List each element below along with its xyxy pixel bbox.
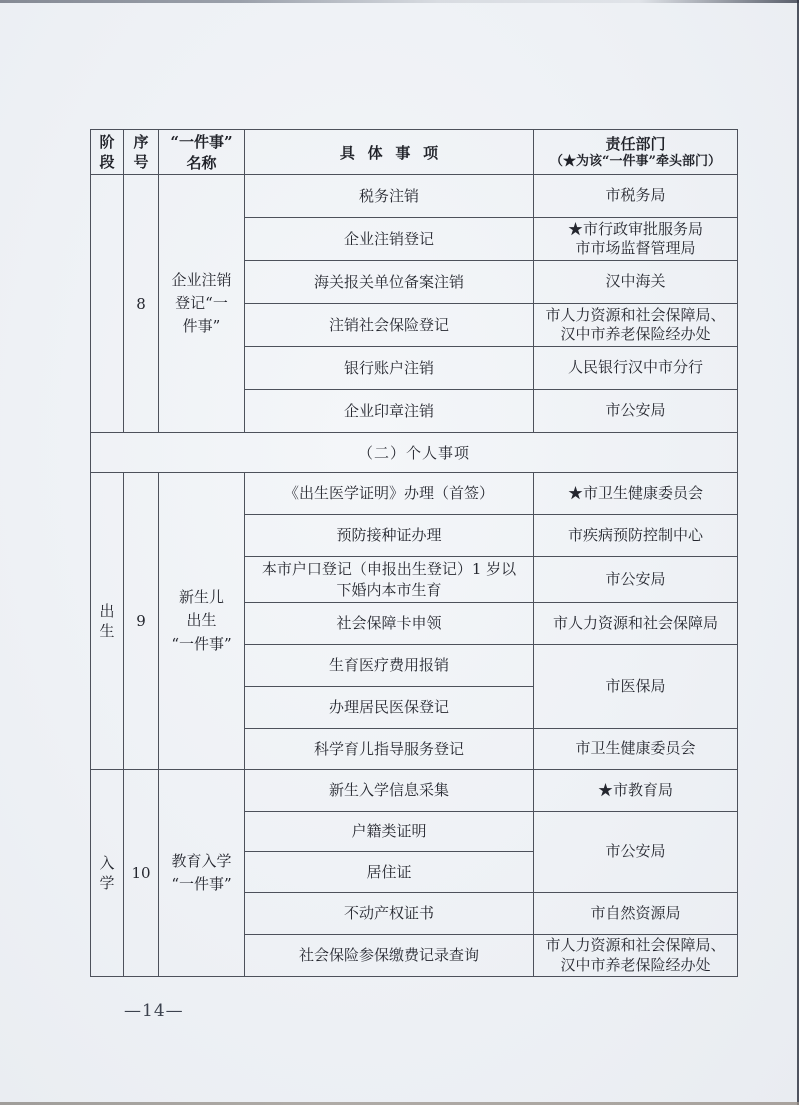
cell-item: 注销社会保险登记: [245, 304, 534, 347]
cell-dept: 市人力资源和社会保障局、 汉中市养老保险经办处: [534, 304, 738, 347]
header-stage-label: 阶段: [99, 132, 116, 173]
table-row: 入学 10 教育入学 “一件事” 新生入学信息采集 ★市教育局: [91, 770, 738, 812]
cell-dept: 汉中海关: [534, 261, 738, 304]
cell-item: 本市户口登记（申报出生登记）1 岁以 下婚内本市生育: [245, 557, 534, 603]
table-row: 出生 9 新生儿 出生 “一件事” 《出生医学证明》办理（首签） ★市卫生健康委…: [91, 473, 738, 515]
stage-label: 出生: [99, 601, 116, 642]
cell-dept: ★市卫生健康委员会: [534, 473, 738, 515]
cell-serial-8: 8: [124, 175, 159, 433]
cell-dept: 市疾病预防控制中心: [534, 515, 738, 557]
cell-item: 不动产权证书: [245, 893, 534, 935]
header-items: 具体事项: [245, 130, 534, 175]
cell-name-10: 教育入学 “一件事”: [159, 770, 245, 977]
cell-item: 办理居民医保登记: [245, 687, 534, 729]
cell-item: 税务注销: [245, 175, 534, 218]
header-items-label: 具体事项: [340, 144, 451, 162]
header-dept-title: 责任部门: [537, 135, 734, 153]
cell-serial-10: 10: [124, 770, 159, 977]
scanned-document-page: 阶段 序号 “一件事” 名称 具体事项 责任部门 （★为该“一件事”牵头部门） …: [0, 0, 799, 1105]
cell-dept: 人民银行汉中市分行: [534, 347, 738, 390]
cell-item: 《出生医学证明》办理（首签）: [245, 473, 534, 515]
cell-item: 企业印章注销: [245, 390, 534, 433]
cell-stage-8: [91, 175, 124, 433]
cell-item: 生育医疗费用报销: [245, 645, 534, 687]
cell-item: 户籍类证明: [245, 812, 534, 852]
cell-item: 新生入学信息采集: [245, 770, 534, 812]
cell-item: 海关报关单位备案注销: [245, 261, 534, 304]
cell-dept: 市自然资源局: [534, 893, 738, 935]
cell-dept: 市卫生健康委员会: [534, 729, 738, 770]
one-thing-matters-table: 阶段 序号 “一件事” 名称 具体事项 责任部门 （★为该“一件事”牵头部门） …: [90, 129, 738, 977]
section-heading-row: （二）个人事项: [91, 433, 738, 473]
cell-serial-9: 9: [124, 473, 159, 770]
cell-dept: ★市教育局: [534, 770, 738, 812]
cell-name-8: 企业注销 登记“一 件事”: [159, 175, 245, 433]
cell-dept-merged: 市公安局: [534, 812, 738, 893]
cell-dept: ★市行政审批服务局 市市场监督管理局: [534, 218, 738, 261]
cell-dept: 市人力资源和社会保障局、 汉中市养老保险经办处: [534, 935, 738, 977]
cell-stage-10: 入学: [91, 770, 124, 977]
cell-name-9: 新生儿 出生 “一件事”: [159, 473, 245, 770]
cell-item: 居住证: [245, 852, 534, 893]
cell-item: 社会保险参保缴费记录查询: [245, 935, 534, 977]
cell-item: 预防接种证办理: [245, 515, 534, 557]
header-row: 阶段 序号 “一件事” 名称 具体事项 责任部门 （★为该“一件事”牵头部门）: [91, 130, 738, 175]
stage-label: 入学: [99, 853, 116, 894]
cell-dept: 市公安局: [534, 557, 738, 603]
cell-item: 社会保障卡申领: [245, 603, 534, 645]
cell-item: 科学育儿指导服务登记: [245, 729, 534, 770]
section-heading: （二）个人事项: [91, 433, 738, 473]
header-serial-label: 序号: [133, 132, 150, 173]
cell-dept-merged: 市医保局: [534, 645, 738, 729]
header-dept-note: （★为该“一件事”牵头部门）: [537, 154, 734, 170]
table-row: 8 企业注销 登记“一 件事” 税务注销 市税务局: [91, 175, 738, 218]
header-stage: 阶段: [91, 130, 124, 175]
cell-dept: 市税务局: [534, 175, 738, 218]
cell-stage-9: 出生: [91, 473, 124, 770]
cell-dept: 市人力资源和社会保障局: [534, 603, 738, 645]
page-number: —14—: [124, 1001, 184, 1021]
cell-item: 银行账户注销: [245, 347, 534, 390]
header-dept: 责任部门 （★为该“一件事”牵头部门）: [534, 130, 738, 175]
cell-dept: 市公安局: [534, 390, 738, 433]
scan-edge-top: [0, 0, 799, 3]
cell-item: 企业注销登记: [245, 218, 534, 261]
header-serial: 序号: [124, 130, 159, 175]
header-name: “一件事” 名称: [159, 130, 245, 175]
